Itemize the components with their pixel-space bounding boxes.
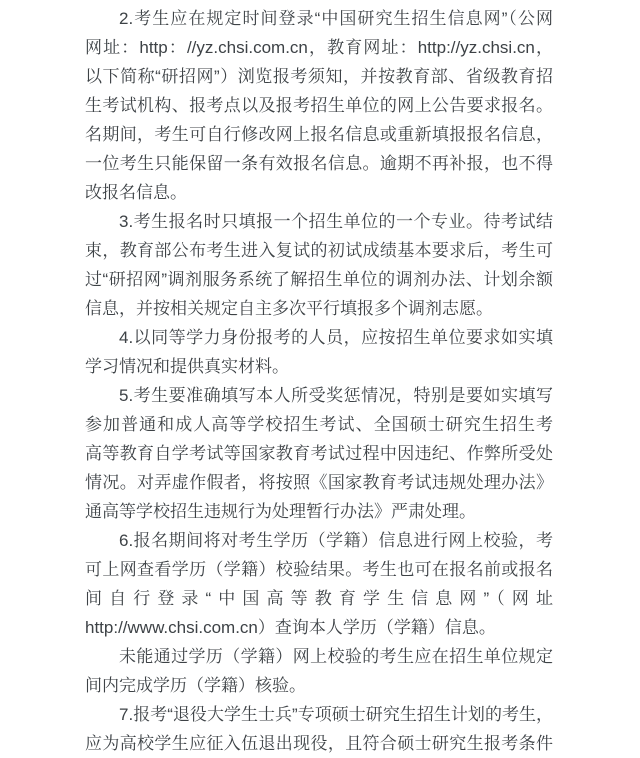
text-line: 未能通过学历（学籍）网上校验的考生应在招生单位规定时 — [85, 642, 553, 671]
document-body: 2.考生应在规定时间登录“中国研究生招生信息网”（公网网址：http：//yz.… — [85, 4, 553, 758]
text-line: 应为高校学生应征入伍退出现役，且符合硕士研究生报考条件者 — [85, 729, 553, 758]
paragraph-item-6-sub: 未能通过学历（学籍）网上校验的考生应在招生单位规定时间内完成学历（学籍）核验。 — [85, 642, 553, 700]
document-page: 2.考生应在规定时间登录“中国研究生招生信息网”（公网网址：http：//yz.… — [0, 0, 640, 758]
text-line: 间自行登录“中国高等教育学生信息网”（网址 — [85, 584, 553, 613]
paragraph-item-2: 2.考生应在规定时间登录“中国研究生招生信息网”（公网网址：http：//yz.… — [85, 4, 553, 207]
text-line: 2.考生应在规定时间登录“中国研究生招生信息网”（公网 — [85, 4, 553, 33]
text-line: 改报名信息。 — [85, 178, 553, 207]
text-line: 以下简称“研招网”）浏览报考须知，并按教育部、省级教育招 — [85, 62, 553, 91]
text-line: 6.报名期间将对考生学历（学籍）信息进行网上校验，考生 — [85, 526, 553, 555]
text-line: 一位考生只能保留一条有效报名信息。逾期不再补报，也不得修 — [85, 149, 553, 178]
text-line: 名期间，考生可自行修改网上报名信息或重新填报报名信息，但 — [85, 120, 553, 149]
paragraph-item-4: 4.以同等学力身份报考的人员，应按招生单位要求如实填写学习情况和提供真实材料。 — [85, 323, 553, 381]
text-line: 生考试机构、报考点以及报考招生单位的网上公告要求报名。报 — [85, 91, 553, 120]
paragraph-item-5: 5.考生要准确填写本人所受奖惩情况，特别是要如实填写在参加普通和成人高等学校招生… — [85, 381, 553, 526]
text-line: http://www.chsi.com.cn）查询本人学历（学籍）信息。 — [85, 613, 553, 642]
text-line: 束，教育部公布考生进入复试的初试成绩基本要求后，考生可通 — [85, 236, 553, 265]
paragraph-item-3: 3.考生报名时只填报一个招生单位的一个专业。待考试结束，教育部公布考生进入复试的… — [85, 207, 553, 323]
text-line: 情况。对弄虚作假者，将按照《国家教育考试违规处理办法》《普 — [85, 468, 553, 497]
text-line: 学习情况和提供真实材料。 — [85, 352, 553, 381]
text-line: 过“研招网”调剂服务系统了解招生单位的调剂办法、计划余额 — [85, 265, 553, 294]
text-line: 网址：http：//yz.chsi.com.cn，教育网址：http://yz.… — [85, 33, 553, 62]
text-line: 可上网查看学历（学籍）校验结果。考生也可在报名前或报名期 — [85, 555, 553, 584]
text-line: 信息，并按相关规定自主多次平行填报多个调剂志愿。 — [85, 294, 553, 323]
text-line: 4.以同等学力身份报考的人员，应按招生单位要求如实填写 — [85, 323, 553, 352]
text-line: 参加普通和成人高等学校招生考试、全国硕士研究生招生考试、 — [85, 410, 553, 439]
text-line: 间内完成学历（学籍）核验。 — [85, 671, 553, 700]
text-line: 高等教育自学考试等国家教育考试过程中因违纪、作弊所受处罚 — [85, 439, 553, 468]
paragraph-item-6: 6.报名期间将对考生学历（学籍）信息进行网上校验，考生可上网查看学历（学籍）校验… — [85, 526, 553, 642]
text-line: 3.考生报名时只填报一个招生单位的一个专业。待考试结 — [85, 207, 553, 236]
text-line: 5.考生要准确填写本人所受奖惩情况，特别是要如实填写在 — [85, 381, 553, 410]
text-line: 通高等学校招生违规行为处理暂行办法》严肃处理。 — [85, 497, 553, 526]
text-line: 7.报考“退役大学生士兵”专项硕士研究生招生计划的考生， — [85, 700, 553, 729]
paragraph-item-7: 7.报考“退役大学生士兵”专项硕士研究生招生计划的考生，应为高校学生应征入伍退出… — [85, 700, 553, 758]
